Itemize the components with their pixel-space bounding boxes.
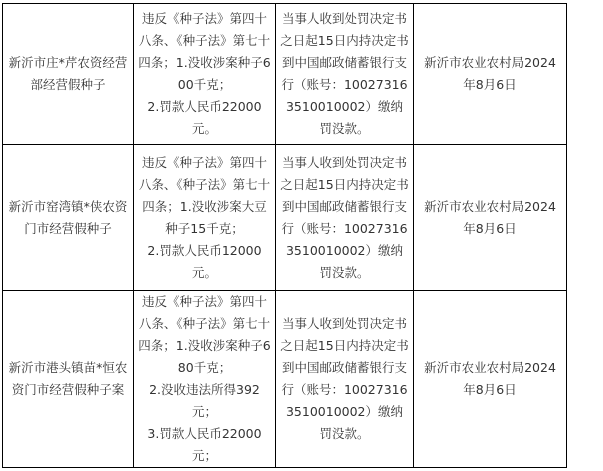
basis-line: 2.罚款人民币22000元。 — [138, 96, 271, 140]
authority-text: 新沂市农业农村局2024年8月6日 — [424, 360, 556, 397]
authority-text: 新沂市农业农村局2024年8月6日 — [424, 55, 556, 92]
payment-text: 当事人收到处罚决定书之日起15日内持决定书到中国邮政储蓄银行支行（账号：1002… — [280, 11, 408, 136]
basis-line: 2.没收违法所得392元； — [138, 379, 271, 423]
basis-line: 违反《种子法》第四十八条、《种子法》第七十四条；1.没收涉案种子600千克； — [138, 8, 271, 96]
basis-cell: 违反《种子法》第四十八条、《种子法》第七十四条；1.没收涉案种子600千克； 2… — [134, 4, 276, 145]
party-cell: 新沂市港头镇苗*恒农资门市经营假种子案 — [3, 291, 134, 468]
party-text: 新沂市庄*芹农资经营部经营假种子 — [9, 55, 128, 92]
payment-cell: 当事人收到处罚决定书之日起15日内持决定书到中国邮政储蓄银行支行（账号：1002… — [276, 4, 414, 145]
party-text: 新沂市窑湾镇*侠农资门市经营假种子 — [9, 199, 128, 236]
basis-cell: 违反《种子法》第四十八条、《种子法》第七十四条；1.没收涉案种子680千克； 2… — [134, 291, 276, 468]
authority-cell: 新沂市农业农村局2024年8月6日 — [414, 4, 567, 145]
payment-text: 当事人收到处罚决定书之日起15日内持决定书到中国邮政储蓄银行支行（账号：1002… — [280, 155, 408, 280]
party-cell: 新沂市庄*芹农资经营部经营假种子 — [3, 4, 134, 145]
payment-cell: 当事人收到处罚决定书之日起15日内持决定书到中国邮政储蓄银行支行（账号：1002… — [276, 145, 414, 291]
table-row: 新沂市港头镇苗*恒农资门市经营假种子案 违反《种子法》第四十八条、《种子法》第七… — [3, 291, 567, 468]
table-row: 新沂市窑湾镇*侠农资门市经营假种子 违反《种子法》第四十八条、《种子法》第七十四… — [3, 145, 567, 291]
party-text: 新沂市港头镇苗*恒农资门市经营假种子案 — [9, 360, 128, 397]
basis-line: 2.罚款人民币12000元。 — [138, 240, 271, 284]
authority-cell: 新沂市农业农村局2024年8月6日 — [414, 291, 567, 468]
authority-text: 新沂市农业农村局2024年8月6日 — [424, 199, 556, 236]
authority-cell: 新沂市农业农村局2024年8月6日 — [414, 145, 567, 291]
party-cell: 新沂市窑湾镇*侠农资门市经营假种子 — [3, 145, 134, 291]
basis-line: 违反《种子法》第四十八条、《种子法》第七十四条；1.没收涉案种子680千克； — [138, 291, 271, 379]
table-row: 新沂市庄*芹农资经营部经营假种子 违反《种子法》第四十八条、《种子法》第七十四条… — [3, 4, 567, 145]
penalty-table: 新沂市庄*芹农资经营部经营假种子 违反《种子法》第四十八条、《种子法》第七十四条… — [2, 3, 567, 468]
basis-line: 3.罚款人民币22000元； — [138, 423, 271, 467]
payment-text: 当事人收到处罚决定书之日起15日内持决定书到中国邮政储蓄银行支行（账号：1002… — [280, 316, 408, 441]
payment-cell: 当事人收到处罚决定书之日起15日内持决定书到中国邮政储蓄银行支行（账号：1002… — [276, 291, 414, 468]
basis-cell: 违反《种子法》第四十八条、《种子法》第七十四条；1.没收涉案大豆种子15千克； … — [134, 145, 276, 291]
basis-line: 违反《种子法》第四十八条、《种子法》第七十四条；1.没收涉案大豆种子15千克； — [138, 152, 271, 240]
